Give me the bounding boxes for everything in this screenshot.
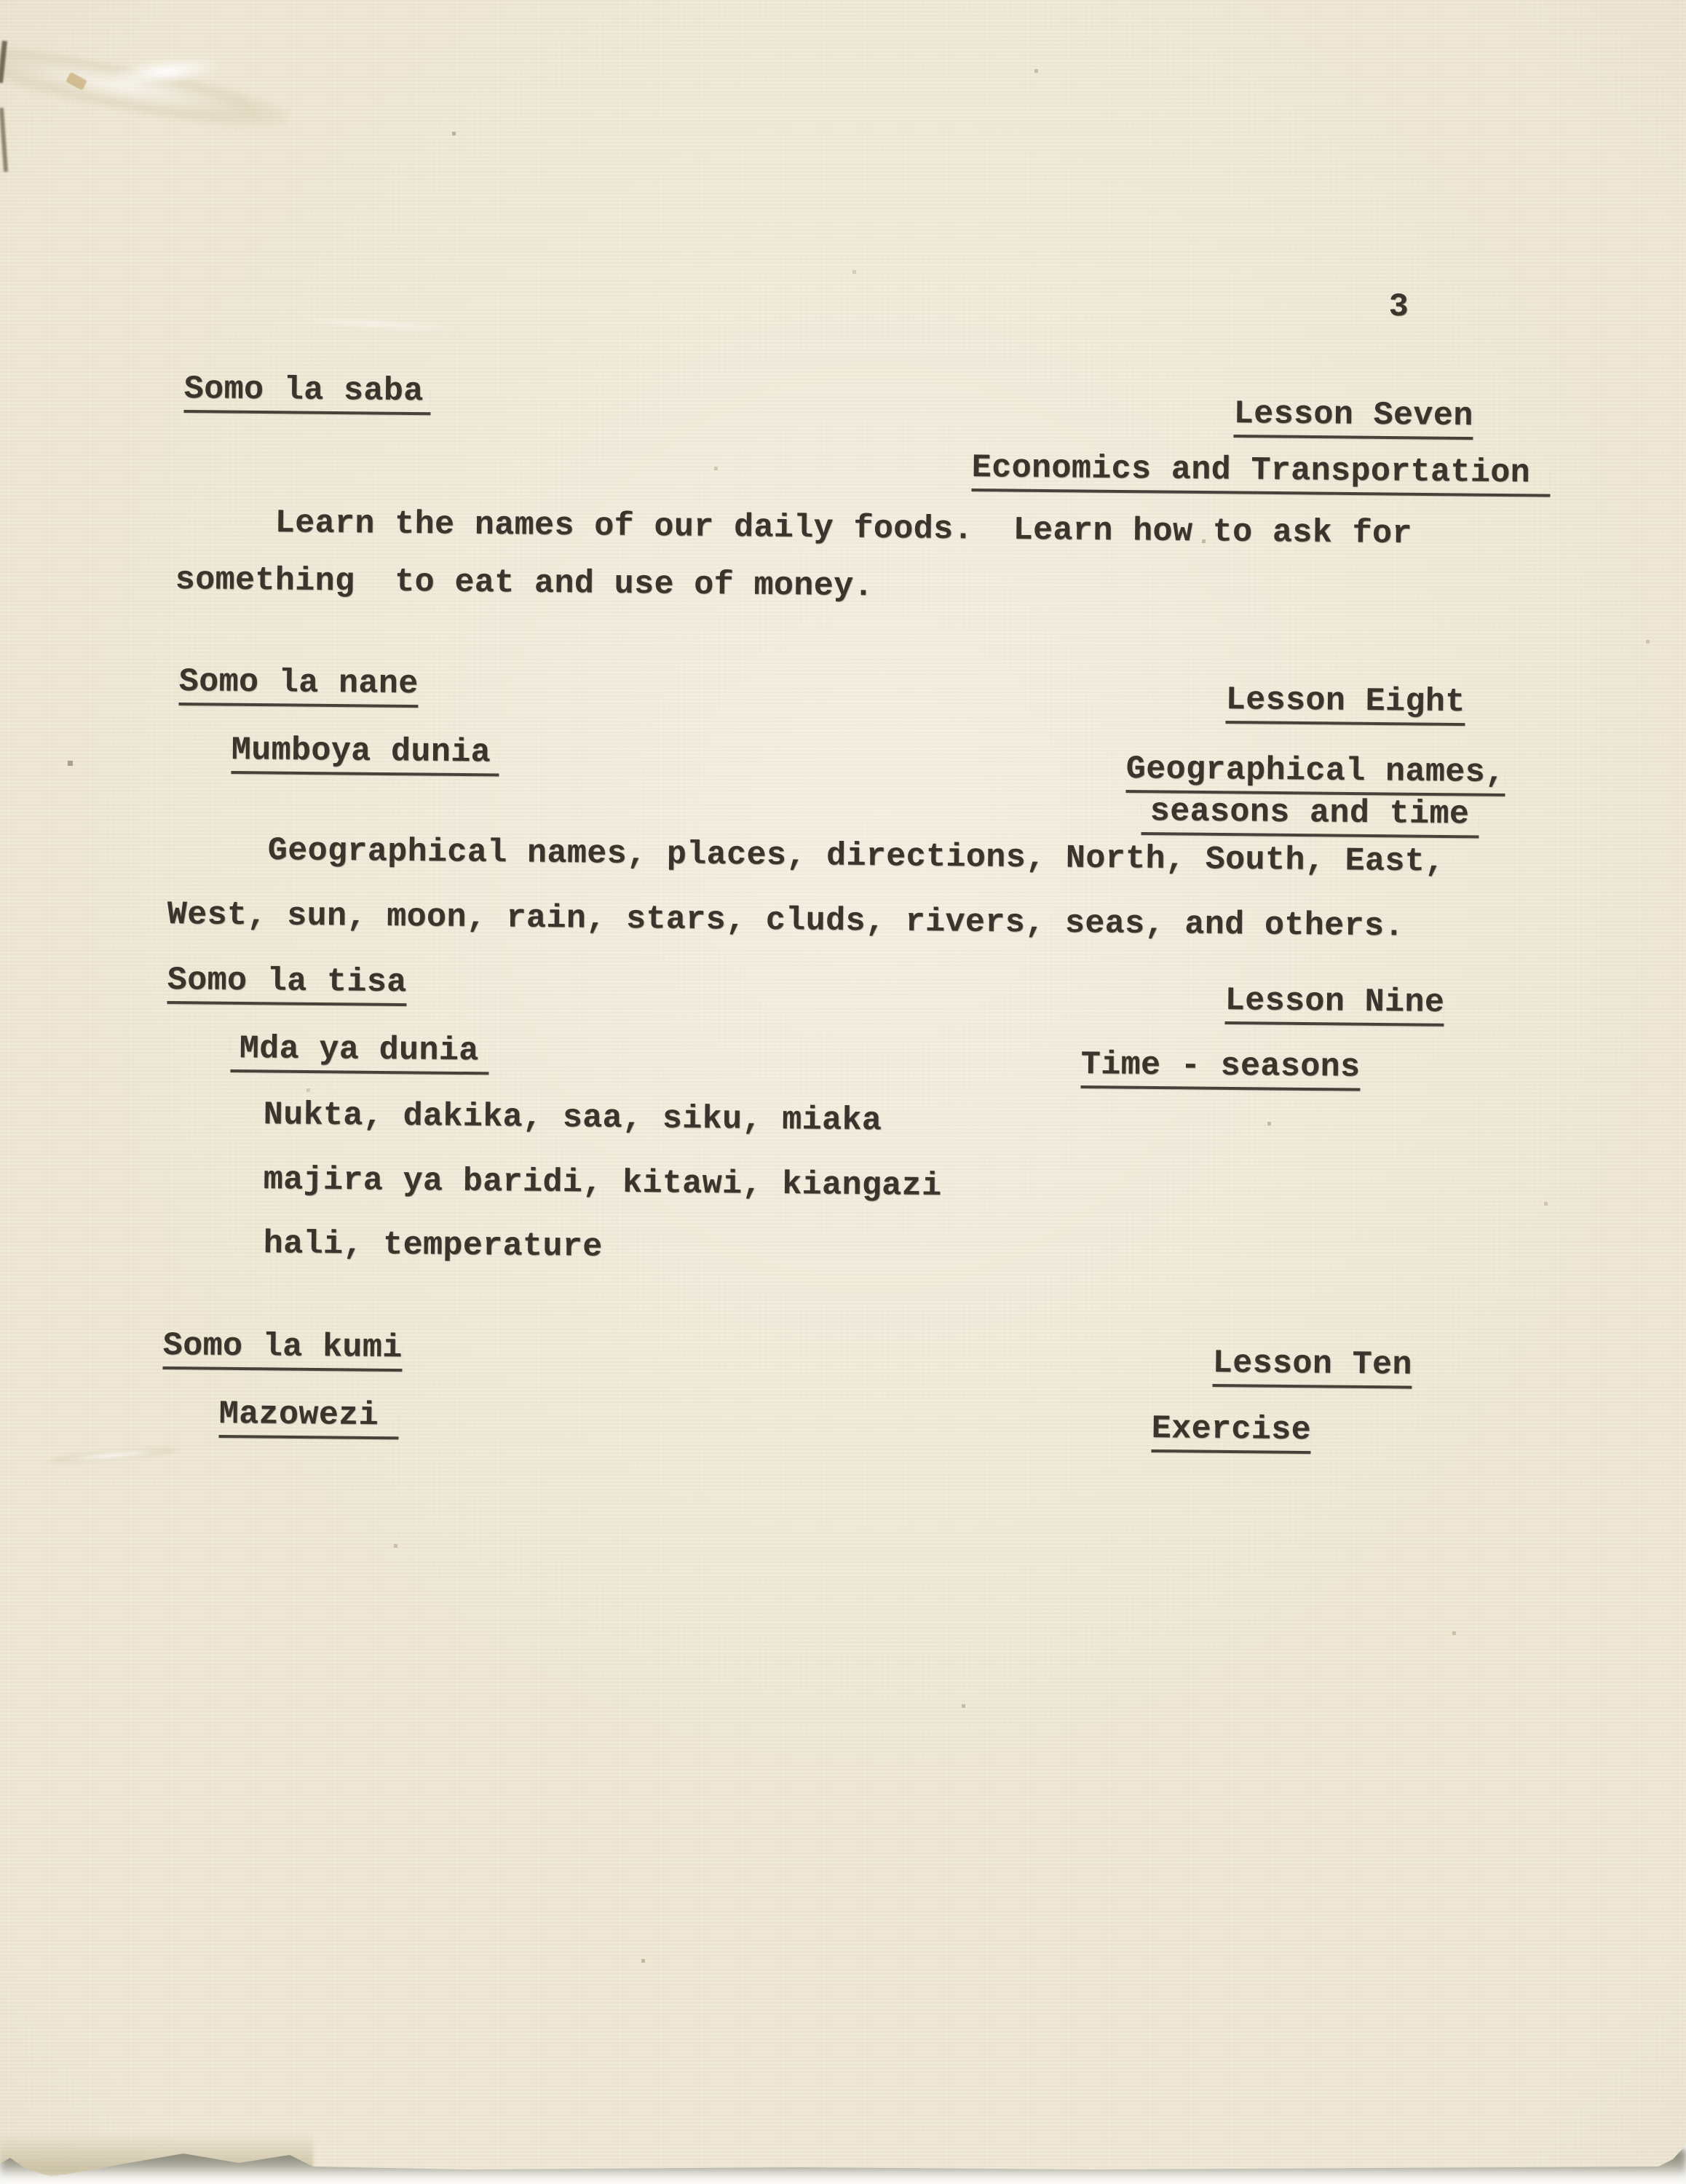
lesson9-swahili-title: Somo la tisa [167,964,406,1006]
lesson8-swahili-title: Somo la nane [178,665,418,708]
lesson7-body-line-2: something to eat and use of money. [175,563,874,603]
lesson9-swahili-subtitle: Mda ya dunia [230,1032,488,1075]
paper-crease-left [48,1444,180,1466]
lesson8-body-line-2: West, sun, moon, rain, stars, cluds, riv… [167,898,1404,943]
lesson8-english-subtitle-line-2: seasons and time [1141,795,1479,838]
lesson8-english-title: Lesson Eight [1225,684,1465,726]
paper-crease-upper [298,317,451,332]
paper-sheet: 3 Somo la saba Lesson Seven Economics an… [0,0,1686,2178]
lesson9-body-line-1: Nukta, dakika, saa, siku, miaka [264,1099,882,1137]
scanned-document-page: 3 Somo la saba Lesson Seven Economics an… [0,0,1686,2184]
lesson10-english-subtitle: Exercise [1151,1412,1311,1454]
lesson8-body-line-1: Geographical names, places, directions, … [268,834,1445,879]
lesson7-english-subtitle: Economics and Transportation [971,451,1551,497]
paper-crease-top-left [0,41,293,142]
left-edge-ink-mark [0,41,7,83]
lesson7-swahili-title: Somo la saba [183,373,430,415]
paper-tear-highlight [108,53,219,91]
left-edge-ink-mark-2 [0,108,8,172]
lesson8-swahili-subtitle: Mumboya dunia [231,734,499,777]
lesson10-swahili-title: Somo la kumi [162,1329,402,1372]
lesson7-english-title: Lesson Seven [1233,397,1473,440]
lesson9-english-title: Lesson Nine [1224,984,1444,1026]
lesson10-swahili-subtitle: Mazowezi [218,1398,399,1439]
lesson9-english-subtitle: Time - seasons [1080,1048,1360,1091]
lesson10-english-title: Lesson Ten [1212,1347,1412,1389]
page-number: 3 [1389,290,1409,323]
lesson8-english-subtitle-line-1: Geographical names, [1125,753,1505,796]
lesson9-body-line-2: majira ya baridi, kitawi, kiangazi [264,1163,942,1203]
paper-tear-fleck [66,72,87,90]
lesson9-body-line-3: hali, temperature [264,1227,603,1263]
lesson7-body-line-1: Learn the names of our daily foods. Lear… [275,507,1412,550]
dust-specks [0,0,2,2]
